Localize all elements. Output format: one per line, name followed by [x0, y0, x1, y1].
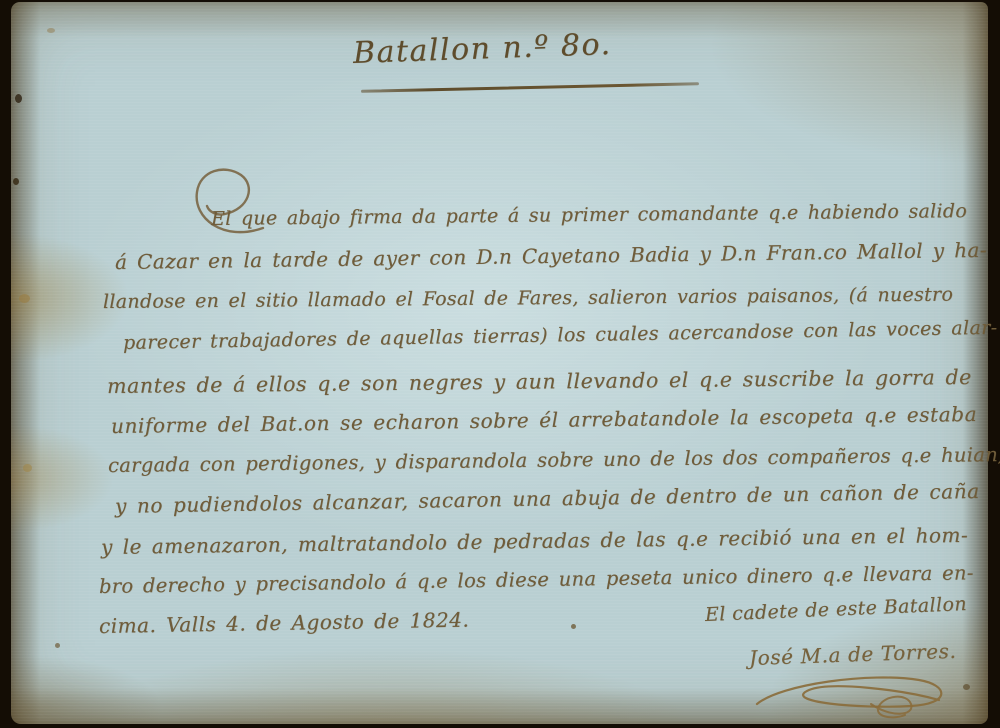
body-line: cargada con perdigones, y disparandola s…: [108, 443, 1000, 477]
paper-speck: [963, 684, 970, 690]
body-line: y no pudiendolos alcanzar, sacaron una a…: [115, 479, 980, 518]
body-line: á Cazar en la tarde de ayer con D.n Caye…: [115, 238, 987, 274]
opening-flourish: [189, 162, 271, 242]
body-line: parecer trabajadores de aquellas tierras…: [123, 317, 998, 354]
paper-speck: [47, 28, 55, 33]
document-photo: Batallon n.º 8o. El que abajo firma da p…: [0, 0, 1000, 728]
body-line: El que abajo firma da parte á su primer …: [211, 200, 967, 230]
document-title: Batallon n.º 8o.: [352, 27, 612, 71]
body-line: llandose en el sitio llamado el Fosal de…: [103, 284, 953, 313]
body-line: bro derecho y precisandolo á q.e los die…: [99, 561, 974, 598]
signature-rubric: [753, 670, 953, 722]
body-line: cima. Valls 4. de Agosto de 1824.: [99, 608, 470, 638]
body-line: mantes de á ellos q.e son negres y aun l…: [107, 365, 972, 398]
paper-speck: [19, 294, 30, 303]
title-underline: [361, 82, 699, 93]
signature-name: José M.a de Torres.: [749, 639, 957, 670]
paper-speck: [13, 178, 19, 185]
paper-speck: [15, 94, 22, 103]
paper-sheet: Batallon n.º 8o. El que abajo firma da p…: [11, 2, 988, 724]
paper-speck: [55, 643, 60, 648]
paper-speck: [23, 464, 32, 472]
closing-line: El cadete de este Batallon: [705, 593, 968, 626]
body-line: y le amenazaron, maltratandolo de pedrad…: [101, 523, 968, 559]
body-line: uniforme del Bat.on se echaron sobre él …: [111, 402, 977, 438]
ink-dot: [571, 624, 576, 629]
